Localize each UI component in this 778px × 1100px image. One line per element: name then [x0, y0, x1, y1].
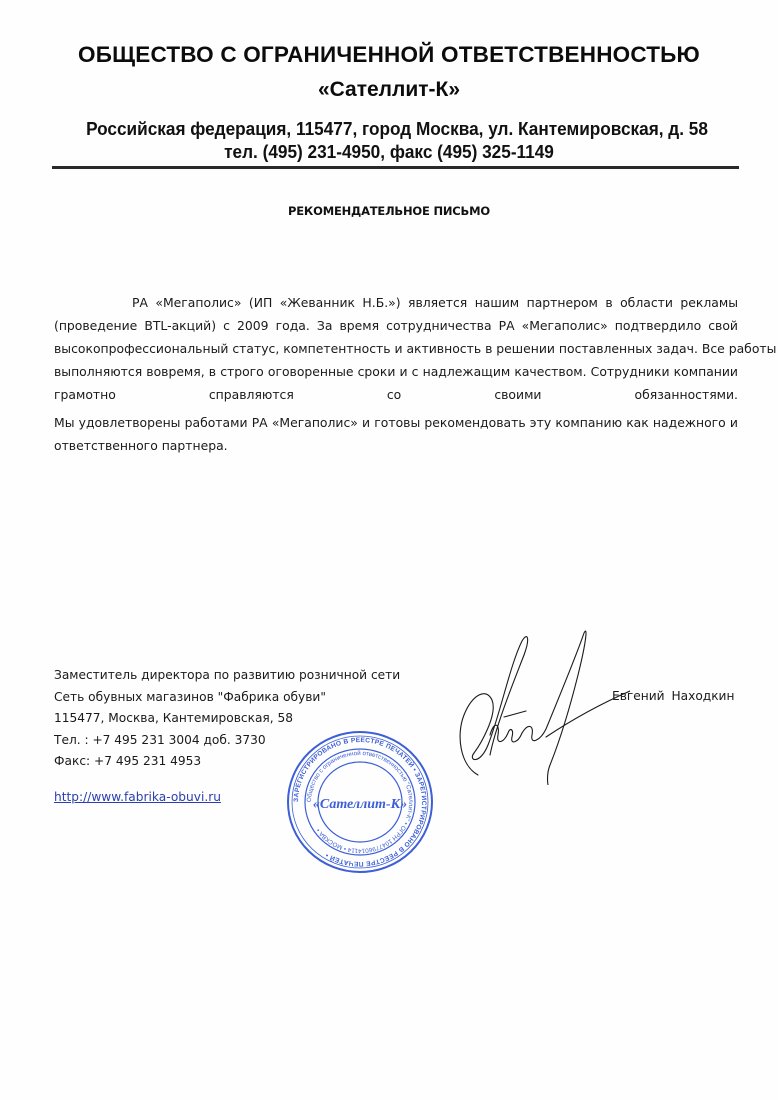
letterhead-org-type: ОБЩЕСТВО С ОГРАНИЧЕННОЙ ОТВЕТСТВЕННОСТЬЮ: [0, 42, 778, 68]
letterhead-divider: [52, 166, 739, 169]
paragraph-1-line: выполняются вовремя, в строго оговоренны…: [54, 360, 738, 383]
signer-name: Евгений Находкин: [612, 689, 734, 703]
signatory-address: 115477, Москва, Кантемировская, 58: [54, 708, 400, 730]
letter-page: ОБЩЕСТВО С ОГРАНИЧЕННОЙ ОТВЕТСТВЕННОСТЬЮ…: [0, 0, 778, 1100]
letterhead-address: Российская федерация, 115477, город Моск…: [76, 118, 718, 140]
paragraph-1-line: РА «Мегаполис» (ИП «Жеванник Н.Б.») явля…: [54, 291, 738, 314]
handwritten-signature: [450, 625, 630, 785]
signatory-company: Сеть обувных магазинов "Фабрика обуви": [54, 687, 400, 709]
document-title: РЕКОМЕНДАТЕЛЬНОЕ ПИСЬМО: [0, 204, 778, 218]
letterhead-phones: тел. (495) 231-4950, факс (495) 325-1149: [27, 141, 751, 163]
paragraph-2-line: ответственного партнера.: [54, 434, 738, 457]
paragraph-2: Мы удовлетворены работами РА «Мегаполис»…: [54, 411, 738, 457]
paragraph-1-line: грамотно справляются со своими обязаннос…: [54, 383, 738, 406]
letterhead-org-name: «Сателлит-К»: [0, 78, 778, 102]
company-stamp: ЗАРЕГИСТРИРОВАНО В РЕЕСТРЕ ПЕЧАТЕЙ • ЗАР…: [284, 728, 436, 876]
paragraph-1: РА «Мегаполис» (ИП «Жеванник Н.Б.») явля…: [54, 291, 738, 406]
website-link[interactable]: http://www.fabrika-obuvi.ru: [54, 790, 221, 804]
stamp-center-text: «Сателлит-К»: [313, 797, 407, 812]
paragraph-1-line: (проведение BTL-акций) с 2009 года. За в…: [54, 314, 738, 337]
paragraph-1-line: высокопрофессиональный статус, компетент…: [54, 337, 738, 360]
paragraph-2-line: Мы удовлетворены работами РА «Мегаполис»…: [54, 411, 738, 434]
signatory-position: Заместитель директора по развитию рознич…: [54, 665, 400, 687]
